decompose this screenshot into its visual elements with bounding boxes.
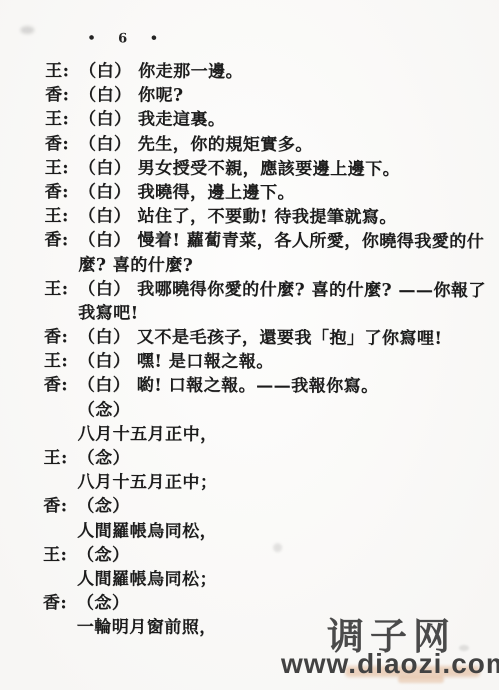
scan-smudge (273, 543, 282, 552)
script-line: （念） (0, 398, 499, 424)
scan-smudge: ’ (52, 603, 56, 616)
dialogue-text: （念） (77, 497, 130, 517)
dialogue-text: （白） 我走這裏。 (79, 110, 226, 131)
watermark-site-url: www.diaozi.com (281, 648, 499, 680)
dialogue-text: （白） 我哪曉得你愛的什麼? 喜的什麼? ——你報了 (78, 279, 486, 301)
speaker-label: 香: (45, 180, 69, 204)
speaker-label: 王: (43, 446, 67, 470)
scanned-page-content: • 6 • 王:（白） 你走那一邊。香:（白） 你呢?王:（白） 我走這裏。香:… (0, 0, 499, 690)
dialogue-text: （念） (77, 593, 130, 613)
dialogue-text: 人間羅帳烏同松； (77, 569, 217, 590)
dialogue-text: （白） 嘿! 是口報之報。 (78, 352, 274, 373)
scan-smudge (20, 26, 34, 34)
script-line: 八月十五月正中； (0, 470, 498, 496)
script-line: 香:（白） 我曉得，邊上邊下。 (1, 180, 499, 206)
dialogue-text: 一輪明月窗前照， (77, 618, 217, 639)
speaker-label: 王: (44, 277, 68, 301)
dialogue-text: （白） 站住了，不要動! 待我提筆就寫。 (79, 206, 397, 227)
script-line: 香:（白） 你呢? (1, 83, 499, 109)
speaker-label: 香: (44, 325, 68, 349)
script-line: 王:（白） 站住了，不要動! 待我提筆就寫。 (1, 204, 499, 230)
speaker-label: 王: (45, 204, 69, 228)
script-line: 香:（白） 又不是毛孩子，還要我「抱」了你寫哩! (0, 325, 499, 351)
dialogue-text: （白） 又不是毛孩子，還要我「抱」了你寫哩! (78, 327, 442, 349)
script-line: 王:（白） 我走這裏。 (1, 107, 499, 133)
dialogue-text: （白） 你呢? (79, 85, 183, 105)
dialogue-text: 麼? 喜的什麼? (78, 255, 193, 276)
speaker-label: 香: (43, 494, 67, 518)
speaker-label: 香: (44, 374, 68, 398)
script-line: 王:（白） 你走那一邊。 (1, 59, 499, 85)
speaker-label: 王: (45, 156, 69, 180)
dialogue-text: （白） 先生，你的規矩實多。 (79, 134, 313, 155)
dialogue-text: （白） 我曉得，邊上邊下。 (79, 182, 296, 203)
script-line: 麼? 喜的什麼? (0, 252, 499, 278)
script-line: 王:（念） (0, 446, 499, 472)
speaker-label: 王: (44, 349, 68, 373)
page-number: • 6 • (87, 31, 167, 46)
script-line: 王:（念） (0, 543, 498, 569)
speaker-label: 香: (45, 83, 69, 107)
script-line: 人間羅帳烏同松， (0, 518, 498, 544)
script-line: 香:（念） (0, 494, 498, 520)
script-line: 香:（白） 先生，你的規矩實多。 (1, 131, 499, 157)
dialogue-text: 我寫吧! (78, 303, 139, 323)
script-line: 王:（白） 嘿! 是口報之報。 (0, 349, 499, 375)
script-line: 王:（白） 男女授受不親，應該要邊上邊下。 (1, 156, 499, 182)
dialogue-text: （念） (77, 545, 130, 565)
dialogue-text: 八月十五月正中； (77, 472, 217, 493)
speaker-label: 香: (44, 228, 68, 252)
dialogue-text: 八月十五月正中， (78, 424, 218, 445)
speaker-label: 王: (45, 59, 69, 83)
dialogue-text: （白） 男女授受不親，應該要邊上邊下。 (79, 158, 401, 179)
script-line: 我寫吧! (0, 301, 499, 327)
dialogue-text: （白） 喲! 口報之報。——我報你寫。 (78, 376, 379, 397)
dialogue-text: （念） (77, 448, 130, 468)
script-line: 王:（白） 我哪曉得你愛的什麼? 喜的什麼? ——你報了 (0, 277, 499, 303)
speaker-label: 香: (45, 132, 69, 156)
script-line: 八月十五月正中， (0, 422, 499, 448)
script-line: 香:（白） 慢着! 蘿蔔青菜，各人所愛，你曉得我愛的什 (0, 228, 499, 254)
speaker-label: 王: (45, 107, 69, 131)
dialogue-text: 人間羅帳烏同松， (77, 521, 217, 542)
script-line: 香:（白） 喲! 口報之報。——我報你寫。 (0, 373, 499, 399)
dialogue-text: （白） 你走那一邊。 (79, 61, 243, 82)
dialogue-text: （白） 慢着! 蘿蔔青菜，各人所愛，你曉得我愛的什 (78, 231, 484, 253)
script-line: 人間羅帳烏同松； (0, 567, 498, 593)
speaker-label: 王: (43, 543, 67, 567)
script-text: 王:（白） 你走那一邊。香:（白） 你呢?王:（白） 我走這裏。香:（白） 先生… (0, 59, 499, 642)
dialogue-text: （念） (78, 400, 131, 420)
